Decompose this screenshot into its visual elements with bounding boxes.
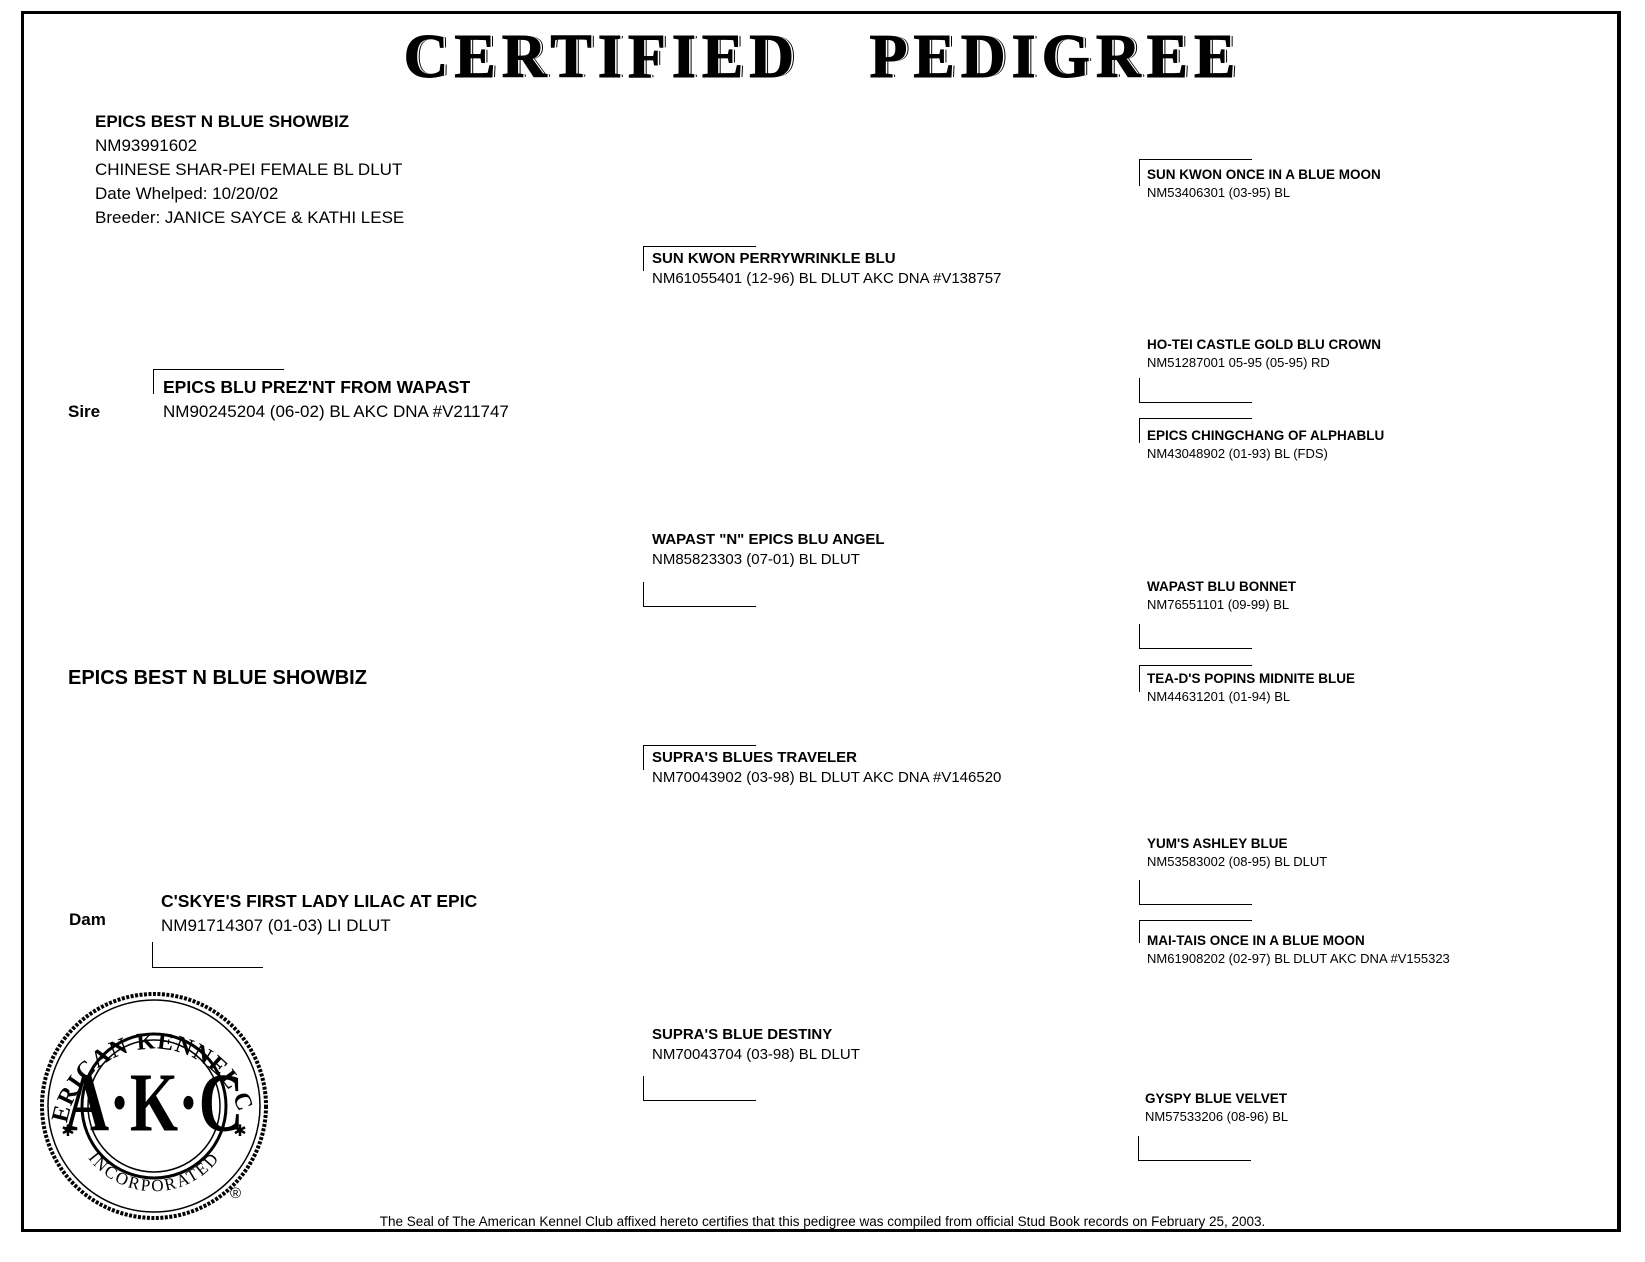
subject-name: EPICS BEST N BLUE SHOWBIZ — [68, 667, 367, 690]
ggp-name: SUN KWON ONCE IN A BLUE MOON — [1147, 167, 1381, 182]
ggp-name: TEA-D'S POPINS MIDNITE BLUE — [1147, 671, 1355, 686]
grandparent-name: SUN KWON PERRYWRINKLE BLU — [652, 250, 1001, 267]
dog-whelped: Date Whelped: 10/20/02 — [95, 182, 404, 206]
great-grandparent-7: MAI-TAIS ONCE IN A BLUE MOON NM61908202 … — [1147, 933, 1450, 966]
grandparent-reg: NM85823303 (07-01) BL DLUT — [652, 551, 885, 568]
dam-name: C'SKYE'S FIRST LADY LILAC AT EPIC — [161, 891, 477, 912]
registered-mark: ® — [230, 1185, 241, 1202]
great-grandparent-3: EPICS CHINGCHANG OF ALPHABLU NM43048902 … — [1147, 428, 1384, 461]
sire-name: EPICS BLU PREZ'NT FROM WAPAST — [163, 377, 509, 398]
dam-entry: C'SKYE'S FIRST LADY LILAC AT EPIC NM9171… — [161, 891, 477, 936]
ggp-reg: NM53406301 (03-95) BL — [1147, 185, 1381, 200]
ggp-name: EPICS CHINGCHANG OF ALPHABLU — [1147, 428, 1384, 443]
sire-registration: NM90245204 (06-02) BL AKC DNA #V211747 — [163, 402, 509, 422]
dog-info-block: EPICS BEST N BLUE SHOWBIZ NM93991602 CHI… — [95, 110, 404, 230]
great-grandparent-2: HO-TEI CASTLE GOLD BLU CROWN NM51287001 … — [1147, 337, 1381, 370]
certification-footer: The Seal of The American Kennel Club aff… — [0, 1214, 1645, 1229]
dam-bracket — [152, 942, 263, 968]
dog-breeder: Breeder: JANICE SAYCE & KATHI LESE — [95, 206, 404, 230]
ggp-reg: NM43048902 (01-93) BL (FDS) — [1147, 446, 1384, 461]
dog-name: EPICS BEST N BLUE SHOWBIZ — [95, 110, 404, 134]
great-grandparent-4: WAPAST BLU BONNET NM76551101 (09-99) BL — [1147, 579, 1296, 612]
ggp-name: GYSPY BLUE VELVET — [1145, 1091, 1288, 1106]
great-grandparent-1: SUN KWON ONCE IN A BLUE MOON NM53406301 … — [1147, 167, 1381, 200]
ggp-name: HO-TEI CASTLE GOLD BLU CROWN — [1147, 337, 1381, 352]
certificate-title: CERTIFIED PEDIGREE — [0, 22, 1645, 93]
dog-breed: CHINESE SHAR-PEI FEMALE BL DLUT — [95, 158, 404, 182]
dam-label: Dam — [69, 910, 106, 930]
ggp-reg: NM76551101 (09-99) BL — [1147, 597, 1296, 612]
ggp-reg: NM44631201 (01-94) BL — [1147, 689, 1355, 704]
title-word-certified: CERTIFIED — [404, 23, 800, 91]
sire-label: Sire — [68, 402, 100, 422]
grandparent-3: SUPRA'S BLUES TRAVELER NM70043902 (03-98… — [652, 749, 1001, 786]
ggp-reg: NM53583002 (08-95) BL DLUT — [1147, 854, 1327, 869]
gp2-bracket — [643, 582, 756, 607]
gp4-bracket — [643, 1076, 756, 1101]
sire-entry: EPICS BLU PREZ'NT FROM WAPAST NM90245204… — [163, 377, 509, 422]
grandparent-name: WAPAST "N" EPICS BLU ANGEL — [652, 531, 885, 548]
dam-registration: NM91714307 (01-03) LI DLUT — [161, 916, 477, 936]
grandparent-reg: NM61055401 (12-96) BL DLUT AKC DNA #V138… — [652, 270, 1001, 287]
great-grandparent-5: TEA-D'S POPINS MIDNITE BLUE NM44631201 (… — [1147, 671, 1355, 704]
grandparent-name: SUPRA'S BLUE DESTINY — [652, 1026, 860, 1043]
title-word-pedigree: PEDIGREE — [870, 23, 1242, 91]
ggp2-bracket — [1139, 378, 1252, 403]
ggp-reg: NM61908202 (02-97) BL DLUT AKC DNA #V155… — [1147, 951, 1450, 966]
dog-registration: NM93991602 — [95, 134, 404, 158]
great-grandparent-6: YUM'S ASHLEY BLUE NM53583002 (08-95) BL … — [1147, 836, 1327, 869]
ggp-name: MAI-TAIS ONCE IN A BLUE MOON — [1147, 933, 1450, 948]
ggp6-bracket — [1139, 880, 1252, 905]
ggp8-bracket — [1138, 1136, 1251, 1161]
grandparent-1: SUN KWON PERRYWRINKLE BLU NM61055401 (12… — [652, 250, 1001, 287]
grandparent-4: SUPRA'S BLUE DESTINY NM70043704 (03-98) … — [652, 1026, 860, 1063]
ggp-name: YUM'S ASHLEY BLUE — [1147, 836, 1327, 851]
grandparent-reg: NM70043704 (03-98) BL DLUT — [652, 1046, 860, 1063]
grandparent-2: WAPAST "N" EPICS BLU ANGEL NM85823303 (0… — [652, 531, 885, 568]
svg-text:A·K·C: A·K·C — [64, 1055, 243, 1148]
grandparent-reg: NM70043902 (03-98) BL DLUT AKC DNA #V146… — [652, 769, 1001, 786]
ggp-reg: NM51287001 05-95 (05-95) RD — [1147, 355, 1381, 370]
ggp-reg: NM57533206 (08-96) BL — [1145, 1109, 1288, 1124]
grandparent-name: SUPRA'S BLUES TRAVELER — [652, 749, 1001, 766]
ggp-name: WAPAST BLU BONNET — [1147, 579, 1296, 594]
ggp4-bracket — [1139, 624, 1252, 649]
great-grandparent-8: GYSPY BLUE VELVET NM57533206 (08-96) BL — [1145, 1091, 1288, 1124]
